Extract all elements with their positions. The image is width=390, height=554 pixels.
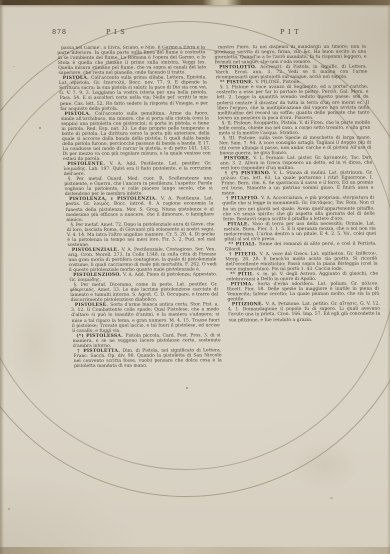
- entry-headword: PISTOLA.: [64, 111, 95, 116]
- ink-speck: [8, 508, 10, 510]
- entry-headword: PISTOLENZIALE.: [72, 248, 122, 253]
- entry-headword: *³ PITII.: [230, 272, 257, 277]
- entry-headword: PISTOLENZIOSO.: [73, 273, 123, 278]
- entry-headword: PITIZIONE.: [232, 303, 266, 308]
- ink-speck: [330, 497, 333, 499]
- page-edge-top: [0, 0, 390, 5]
- page-edge-bottom: [0, 547, 390, 554]
- dictionary-entry: † (*) PISTRINO. V. L. Stanza di mulini. …: [221, 171, 374, 197]
- entry-headword: † (*) PISTRINO.: [225, 171, 274, 176]
- entry-headword: PITALE.: [227, 222, 252, 227]
- dictionary-entry: PISTOLENZA, e PISTOLENZIA. V. A. Pestile…: [65, 197, 214, 223]
- entry-headword: PISTOLA.: [63, 76, 92, 81]
- entry-headword: PITIMA.: [231, 282, 258, 287]
- dictionary-entry: §. II. Pistone, Scoppietto, Pistola. V. …: [218, 120, 371, 136]
- entry-headword: † PISTOLETTA.: [77, 349, 123, 354]
- dictionary-entry: PISTOLOTTO. Accrescit. di Pistola, in si…: [215, 65, 368, 81]
- dictionary-entry: PISTOLESE. Sorta d'arme bianca antica co…: [71, 303, 221, 334]
- dictionary-entry: §. III. Pistone, sulla voce Specie di mo…: [219, 135, 372, 156]
- entry-headword: PISTOLOTTO.: [219, 65, 260, 70]
- dictionary-entry: † PITETO. V. A. voce dal Greco. Lat. epi…: [225, 252, 378, 273]
- dictionary-entry: PISTOLENTE. V. A. Add. Pestilente. Lat. …: [63, 161, 212, 177]
- page-number: 878: [52, 28, 67, 36]
- entry-headword: PISTOLENZA, e PISTOLENZIA.: [69, 197, 161, 202]
- dictionary-entry: PISTOLA. Coll'accento sulla penultima. A…: [60, 111, 211, 162]
- dictionary-entry: PISTOLA. Coll'accento sulla prima sillab…: [59, 76, 209, 112]
- entry-headword: PISTOLESE.: [75, 303, 111, 308]
- entry-headword: † PITETO.: [229, 252, 260, 257]
- ink-speck: [186, 387, 188, 389]
- text-block: passa nel Garme', a Elvra, Sciano, e Nil…: [57, 45, 388, 450]
- entry-headword: PISTORE.: [224, 156, 254, 161]
- dictionary-entry: §. Per metaf. Dicemmo, come in peste. La…: [70, 283, 219, 304]
- running-head-right: P I T: [280, 28, 299, 36]
- dictionary-entry: PITALE. Vaso di terra per uso della nece…: [223, 221, 376, 242]
- dictionary-entry: † PITAFFIO. V. A. Accorciatura, e più pr…: [222, 196, 375, 222]
- dictionary-entry: *³ PITALI. Nome dei romanzi di alito per…: [224, 241, 377, 252]
- dictionary-entry: mastro Piero, fu noi dispensi di mandarg…: [214, 45, 367, 66]
- dictionary-entry: passa nel Garme', a Elvra, Sciano, e Nil…: [57, 45, 207, 76]
- entry-headword: *³ PITALI.: [228, 242, 258, 247]
- text-column-right: mastro Piero, fu noi dispensi di mandarg…: [214, 45, 387, 448]
- dictionary-entry: PITIMA. Sorta d'erba odorifera. Lat. pol…: [227, 282, 380, 303]
- dictionary-entry: † PISTOLETTA. Dim. di Pistola, nel signi…: [73, 348, 222, 369]
- entry-headword: PISTOLENTE.: [67, 162, 110, 167]
- running-head-left: P I S: [106, 28, 126, 36]
- ink-speck: [13, 66, 15, 67]
- dictionary-entry: §. Per metaf. Guard. Med. cuor. R. Scell…: [64, 177, 213, 198]
- dictionary-entry: PISTORE. V. L. Fornaio. Lat. pistor. Gr.…: [220, 156, 373, 172]
- dictionary-entry: PISTOLENZIALE. V. A. Pestilenziale, Cont…: [68, 247, 217, 273]
- entry-headword: (*) PISTOLESSA.: [76, 333, 125, 338]
- ink-speck: [39, 127, 41, 129]
- scanned-dictionary-page: 878 P I S P I T passa nel Garme', a Elvr…: [0, 0, 390, 554]
- dictionary-entry: §. Per metaf. Amet. 72. Dopo la pistolen…: [66, 222, 215, 248]
- dictionary-entry: (*) PISTOLESSA. Pistola piccola. Card. F…: [72, 333, 221, 349]
- text-column-left: passa nel Garme', a Elvra, Sciano, e Nil…: [57, 45, 226, 448]
- dictionary-entry: §. I. Pistone è voce avanzo di Segmento,…: [216, 85, 370, 121]
- entry-headword: † PITAFFIO.: [226, 197, 261, 202]
- dictionary-entry: PITIZIONE. V. A. Petizione. Lat. petitio…: [228, 302, 381, 323]
